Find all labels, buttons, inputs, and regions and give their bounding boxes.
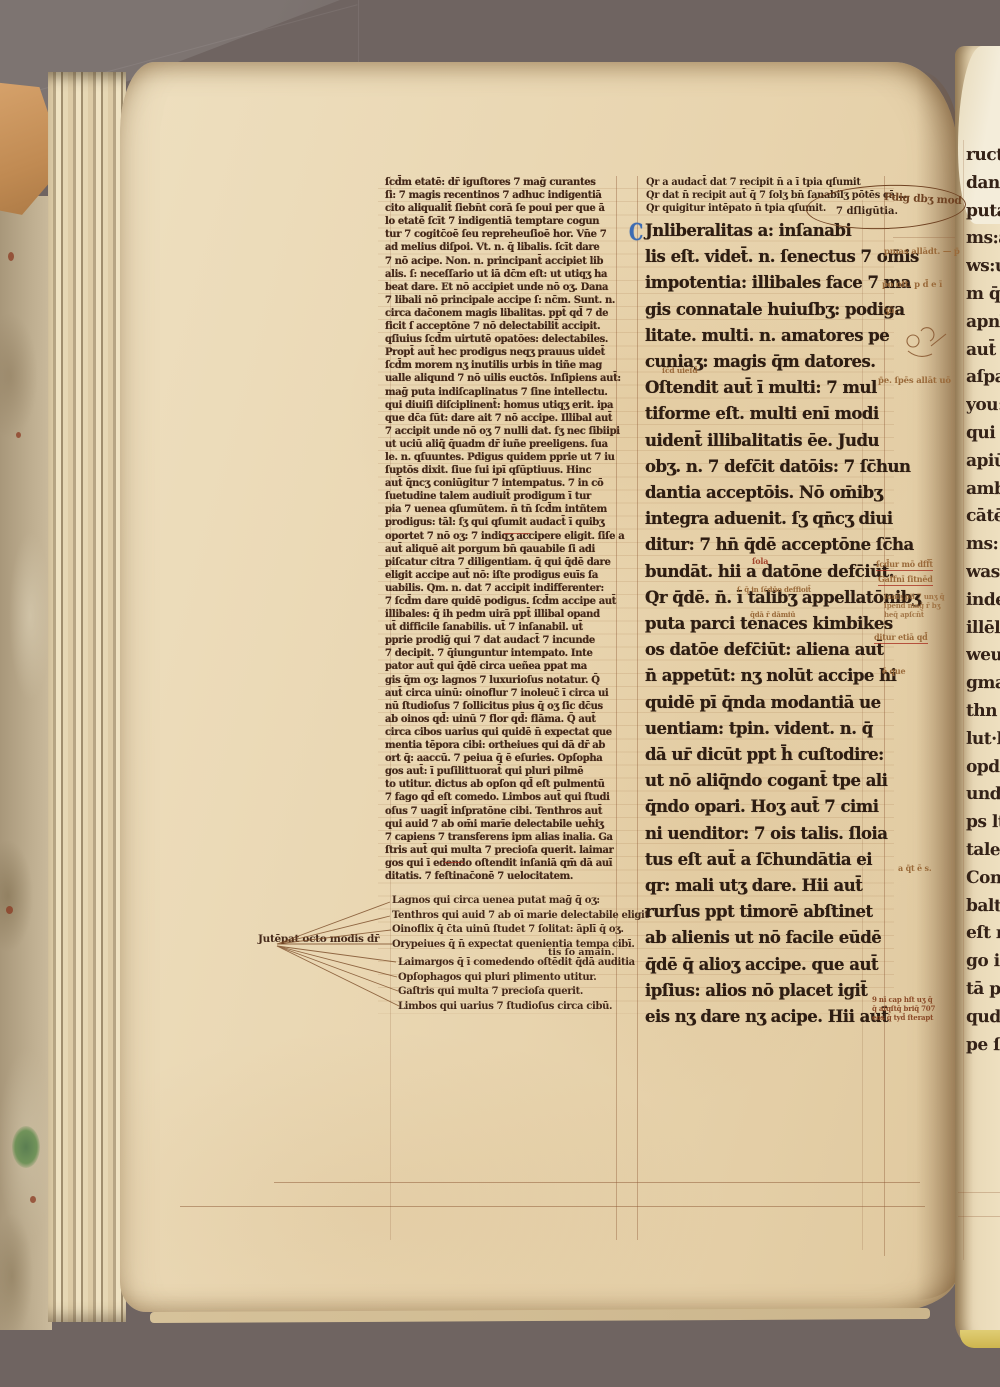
facing-text-line: was 7 ſtrīt (966, 559, 1000, 587)
facing-text-line: gmanē 7 (966, 670, 1000, 698)
facing-text-line: inde mac̄ (966, 587, 1000, 615)
margin-note: q̄ aſqſtq̄ briq̄ 707 (872, 1004, 935, 1013)
commentary-line: maḡ puta indiſcaplinatus 7 ſine intellec… (385, 386, 621, 399)
commentary-line: beat dare. Et nō accipiet unde nō oʒ. Da… (385, 281, 621, 294)
commentary-line: le. n. qſuuntes. Pdigus quidem pprie ut … (385, 451, 621, 464)
commentary-line: oportet 7 nō oʒ: 7 indiqʒ accipere eligi… (385, 530, 621, 543)
commentary-line: ſuetudine talem audiuit̄ prodigum ī tur (385, 490, 621, 503)
margin-note: ſpend maḡ r̄ bʒ (884, 601, 940, 610)
main-text-line: rurſus ppt timorē abſtinet (645, 899, 895, 925)
main-text-line: os datōe defc̄iūt: aliena aut̄ (645, 637, 895, 663)
facing-text-line: lut·hn a (966, 726, 1000, 754)
commentary-line: 7 accipit unde nō oʒ 7 nulli dat. ſʒ nec… (385, 425, 621, 438)
main-text-line: n̄ appetūt: nʒ nolūt accipe hi (645, 663, 895, 689)
interlinear-gloss: ſc̄d uieſd̄ (662, 366, 697, 375)
margin-note: ſunīʒ pil 7 unʒ q̄ (884, 592, 944, 601)
commentary-line: aut̄ circa uinū: oinoflur 7 inoleuc̄ ī c… (385, 687, 621, 700)
commentary-line: ſuptōs dixit. ſiue ſui ipī qſūptiuus. Hi… (385, 464, 621, 477)
ruling-line (637, 176, 638, 1240)
commentary-line: ſcd̄m etatē: dr̄ iguſtores 7 maḡ curante… (385, 176, 621, 189)
commentary-line: eligit accipe aut̄ nō: iſte prodigus euī… (385, 569, 621, 582)
facing-text-line: unde ī (966, 781, 1000, 809)
facing-text-line: cātēs mōl (966, 503, 1000, 531)
facing-text-line: aſpatēt. (966, 364, 1000, 392)
ruling-line (958, 1192, 1000, 1193)
commentary-line: 7 capiens 7 transferens ipm alias inalia… (385, 831, 621, 844)
main-text-line: ipſius: alios nō placet igit̄ (645, 978, 895, 1004)
commentary-line: ut uciū aliq̄ q̄uadm dr̄ iuñe preeligens… (385, 438, 621, 451)
main-text-line: impotentia: illibales face 7 ma (645, 270, 895, 296)
margin-note: p̄o oſt. p d̄ e ī (882, 280, 942, 290)
commentary-line: ad melius diſpoi. Vt. n. q̄ libalis. ſcī… (385, 241, 621, 254)
facing-text-line: illēliū ſt (966, 614, 1000, 642)
main-text-line: dantia acceptōis. Nō om̄ibʒ (645, 480, 895, 506)
main-text-line: eis nʒ dare nʒ acipe. Hii aut̄ (645, 1004, 895, 1030)
ruling-line (893, 237, 955, 238)
stain-fleck (6, 906, 13, 914)
margin-note-red-underlined: ſcd̄ur mō dff̄t̄ (876, 559, 933, 571)
commentary-line: mentia tēpora cibi: ortheiues qui dā dr̄… (385, 739, 621, 752)
commentary-line: illibales: q̄ ih pedm uirā ppt̄ illibal … (385, 608, 621, 621)
facing-text-line: weut: Lu (966, 642, 1000, 670)
commentary-line: lo etatē ſcīt 7 indigentiā temptare cogu… (385, 215, 621, 228)
ruling-line (958, 1216, 1000, 1217)
blue-paraph-initial: C (629, 219, 643, 246)
main-text-line: uident̄ illibalitatis ēe. Judu (645, 428, 895, 454)
facing-text-line: tales (966, 837, 1000, 865)
ruling-line (274, 1182, 920, 1183)
commentary-line: aut̄ q̄ncʒ coniūgitur 7 intempatus. 7 in… (385, 477, 621, 490)
commentary-line: gos aut̄: ī puſilittuorat̄ qui pluri pil… (385, 765, 621, 778)
page-fore-edges (48, 72, 126, 1322)
gloss-item: Limbos qui uarius 7 ſtudioſus circa cibū… (398, 1000, 635, 1015)
main-text-line: ni uenditor: 7 ois talis. ſloia (645, 821, 895, 847)
commentary-line: ort q̄: aaccū. 7 peiua q̄ ē eſuries. Opſ… (385, 752, 621, 765)
gloss-item: Opſophagos qui pluri plimento utitur. (398, 971, 635, 986)
main-text-line: ditur: 7 hn̄ q̄dē acceptōne ſc̄ha (645, 532, 895, 558)
margin-note: heq̄ apſcn̄t̄ (884, 610, 924, 619)
facing-text-line: baltras (966, 892, 1000, 920)
facing-text-line: apiūt: r (966, 448, 1000, 476)
main-text-line: Oſtendit aut̄ ī multi: 7 mul (645, 375, 895, 401)
facing-page-bottom-edge (960, 1330, 1000, 1348)
green-stain (12, 1126, 40, 1168)
main-text-line: q̄ndo opari. Hoʒ aut̄ 7 cimi (645, 794, 895, 820)
ruling-line (963, 140, 964, 1260)
commentary-line: alis. ſ: neceſſario ut iā dc̄m eſt: ut u… (385, 268, 621, 281)
main-text-line: litate. multi. n. amatores pe (645, 323, 895, 349)
facing-text-line: ws:uſt (966, 253, 1000, 281)
main-text-line: uentiam: tpin. vident. n. q̄ (645, 716, 895, 742)
commentary-line: ualle aliqund 7 nō uilis euctōs. Inſipie… (385, 372, 621, 385)
stain-fleck (16, 432, 21, 438)
facing-text-line: ambʒ:acʒ (966, 475, 1000, 503)
main-text-line: tiforme eſt. multi enī modi (645, 401, 895, 427)
facing-text-line: ms: puīd (966, 531, 1000, 559)
commentary-column: ſcd̄m etatē: dr̄ iguſtores 7 maḡ curante… (385, 176, 621, 883)
facing-text-line: ms:arū (966, 225, 1000, 253)
margin-note: ē que (882, 666, 905, 676)
commentary-line: prodigus: tāl: ſʒ qui qſumit audact̄ ī q… (385, 516, 621, 529)
gloss-item: Tenthros qui auid 7 ab oī marie delectab… (392, 909, 649, 924)
main-text-line: integra aduenit. ſʒ qn̄cʒ diui (645, 506, 895, 532)
commentary-line: cito aliqualit̄ ſiebn̄t corā ſe poui per… (385, 202, 621, 215)
main-text-line: ab alienis ut nō facile eūdē (645, 925, 895, 951)
facing-text-line: pe ſcā (966, 1031, 1000, 1059)
commentary-line: to utitur. dictus ab opſon qd̄ eſt pulme… (385, 778, 621, 791)
commentary-line: qſiuius ſcd̄m uirtutē opatōes: delectabi… (385, 333, 621, 346)
main-text-line: lis eſt. videt̄. n. ſenectus 7 om̄is (645, 244, 895, 270)
commentary-line: 7 nō acipe. Non. n. principant̄ accipiet… (385, 255, 621, 268)
commentary-line: ditatis. 7 feſtinac̄onē 7 uelocitatem. (385, 870, 621, 883)
commentary-line: qui diuiſi diſciplinent̄: homus utiqʒ er… (385, 399, 621, 412)
facing-text-line: qui mag (966, 420, 1000, 448)
margin-note: 9 nī cap hſt uʒ q̄ (872, 995, 932, 1004)
commentary-line: oſus 7 uagit̄ inſpratōne cibi. Tenthros … (385, 805, 621, 818)
commentary-line: gos qui ī edendo oſtendit inſaniā qm̄ dā… (385, 857, 621, 870)
gloss-list-lower: Laimargos q̄ ī comedendo oſtēdit q̄dā au… (398, 956, 635, 1015)
main-text-column: Jnliberalitas a: inſanabilis eſt. videt̄… (645, 218, 895, 1030)
commentary-line: 7 ſcd̄m dare quidē podigus. ſcd̄m accipe… (385, 595, 621, 608)
facing-text-line: thn q̄dē (966, 698, 1000, 726)
margin-note: p̄e. ſpēs allāt uō (878, 376, 951, 386)
red-corrector-mark (444, 862, 464, 863)
oval-inner-text: 7 dſligūtia. (836, 206, 898, 217)
commentary-line: nū ſtudioſus 7 ſollicitus pius q̄ oʒ ſic… (385, 700, 621, 713)
gloss-item: Lagnos qui circa uenea putat maḡ q̄ oʒ: (392, 894, 649, 909)
margin-note: ʒō. (884, 306, 897, 316)
commentary-line: pia 7 uenea qſumūtem. n̄ tn̄ ſcd̄m intñt… (385, 503, 621, 516)
stain-fleck (8, 252, 14, 261)
main-text-line: bundāt. hii a datōne defc̄iūt. (645, 559, 895, 585)
margin-note-red-underlined: ditur etiā qd̄ (874, 632, 928, 644)
commentary-line: 7 fago qd̄ eſt comedo. Limbos aut̄ qui ſ… (385, 791, 621, 804)
commentary-line: uabilis. Qm. n. dat 7 accipit indifferen… (385, 582, 621, 595)
facing-text-line: ps lt (966, 809, 1000, 837)
commentary-line: aut̄ aliquē ait porgum bn̄ qauabile ſi a… (385, 543, 621, 556)
stain-fleck (30, 1196, 36, 1203)
interlinear-gloss-red: ſola (752, 556, 768, 566)
gloss-bracket-label: Jutēpat octo modis dr̄ (258, 933, 379, 945)
facing-text-line: tā poig (966, 976, 1000, 1004)
commentary-line: gis q̄m oʒ: lagnos 7 luxurioſus notatur.… (385, 674, 621, 687)
commentary-line: ſi: 7 magis recentinos 7 adhuc indigenti… (385, 189, 621, 202)
main-text-line: tus eſt aut̄ a ſc̄hundātia ei (645, 847, 895, 873)
commentary-line: Propt̄ aut̄ hec prodigus neqʒ prauus uid… (385, 346, 621, 359)
facing-text-line: you: dog (966, 392, 1000, 420)
facing-text-line: apnīt 7 q̄ (966, 309, 1000, 337)
margin-note: a q̄t ē s. (898, 863, 931, 873)
red-corrector-mark (504, 533, 530, 534)
facing-text-line: aut̄ in q̄ (966, 336, 1000, 364)
commentary-line: circa dac̄onem magis libalitas. ppt̄ qd̄… (385, 307, 621, 320)
main-text-line: q̄dē q̄ alioʒ accipe. que aut̄ (645, 952, 895, 978)
commentary-line: ſcd̄m morem nʒ inutilis urbis in tiñe ma… (385, 359, 621, 372)
main-text-line: quidē pī q̄nda modantiā ue (645, 690, 895, 716)
facing-text-line: Congr (966, 865, 1000, 893)
facing-text-line: eſt meli (966, 920, 1000, 948)
facing-text-line: qude q̄ (966, 1004, 1000, 1032)
main-text-line: qr: mali utʒ dare. Hii aut̄ (645, 873, 895, 899)
commentary-line: 7 decipit. 7 q̄iunguntur intempato. Inte (385, 647, 621, 660)
commentary-line: ut̄ difficile ſanabilis. ut̄ 7 inſanabil… (385, 621, 621, 634)
facing-text-line: opds o (966, 753, 1000, 781)
margin-note-red-underlined: Gaffnī ſitnēd (878, 574, 933, 586)
commentary-line: pator aut̄ qui q̄dē circa ueñea ppat ma (385, 660, 621, 673)
commentary-line: ab oinos qd̄: uinū 7 flor qd̄: flāma. Q̄… (385, 713, 621, 726)
gloss-list-upper: Lagnos qui circa uenea putat maḡ q̄ oʒ:T… (392, 894, 649, 953)
main-text-line: ut nō aliq̄ndo cogant̄ tpe ali (645, 768, 895, 794)
main-text-line: gis connatale huiuſbʒ: podiga (645, 297, 895, 323)
margin-note: eos q̄ tyd̄ ſterapt (872, 1013, 933, 1022)
main-text-line: obʒ. n. 7 defc̄it datōis: 7 ſc̄hun (645, 454, 895, 480)
facing-text-line: ructus ſ (966, 142, 1000, 170)
commentary-line: qui auid 7 ab om̄i marīe delectabile ueh… (385, 818, 621, 831)
commentary-line: que dc̄a ſūt: dare ait 7 nō accipe. Illi… (385, 412, 621, 425)
gloss-item: Oinoflix q̄ c̄ta uinū ſtudet 7 ſolitat: … (392, 923, 649, 938)
facing-page-text: ructus ſdant inputa mms:arūws:uſtm q̄ns:… (966, 142, 1000, 1062)
interlinear-gloss: q̄dā r̄ dāmiū (750, 610, 795, 619)
main-text-line: dā ur̄ dicūt ppt h̄ cuſtodire: (645, 742, 895, 768)
facing-text-line: go i hā (966, 948, 1000, 976)
commentary-line: 7 libali nō principale accipe ſ: nc̄m. S… (385, 294, 621, 307)
gloss-item: Gaſtris qui multa 7 precioſa querit. (398, 985, 635, 1000)
commentary-line: pprie prodiḡ qui 7 dat audact̄ 7 incunde (385, 634, 621, 647)
ruling-line (180, 1206, 925, 1207)
commentary-line: ficit ſ acceptōne 7 nō delectabilit̄ acc… (385, 320, 621, 333)
margin-note: pmas allādt. — p̄ (884, 247, 960, 257)
commentary-line: circa cibos uarius qui quidē n̄ expectat… (385, 726, 621, 739)
facing-text-line: dant in (966, 170, 1000, 198)
commentary-line: tur 7 cogitc̄oē ſeu repreheuſioē hor. Vn… (385, 228, 621, 241)
gloss-item: Laimargos q̄ ī comedendo oſtēdit q̄dā au… (398, 956, 635, 971)
interlinear-gloss: ſ. q̄ in ſc̄dūo deffioit̄ (737, 585, 811, 594)
commentary-line: piſcatur citra 7 diligentiam. q̄ qui q̄d… (385, 556, 621, 569)
facing-text-line: m q̄ns:a (966, 281, 1000, 309)
manuscript-photo: ructus ſdant inputa mms:arūws:uſtm q̄ns:… (0, 0, 1000, 1387)
commentary-line: ſtris aut̄ qui multa 7 precioſa querit. … (385, 844, 621, 857)
facing-text-line: puta m (966, 197, 1000, 225)
